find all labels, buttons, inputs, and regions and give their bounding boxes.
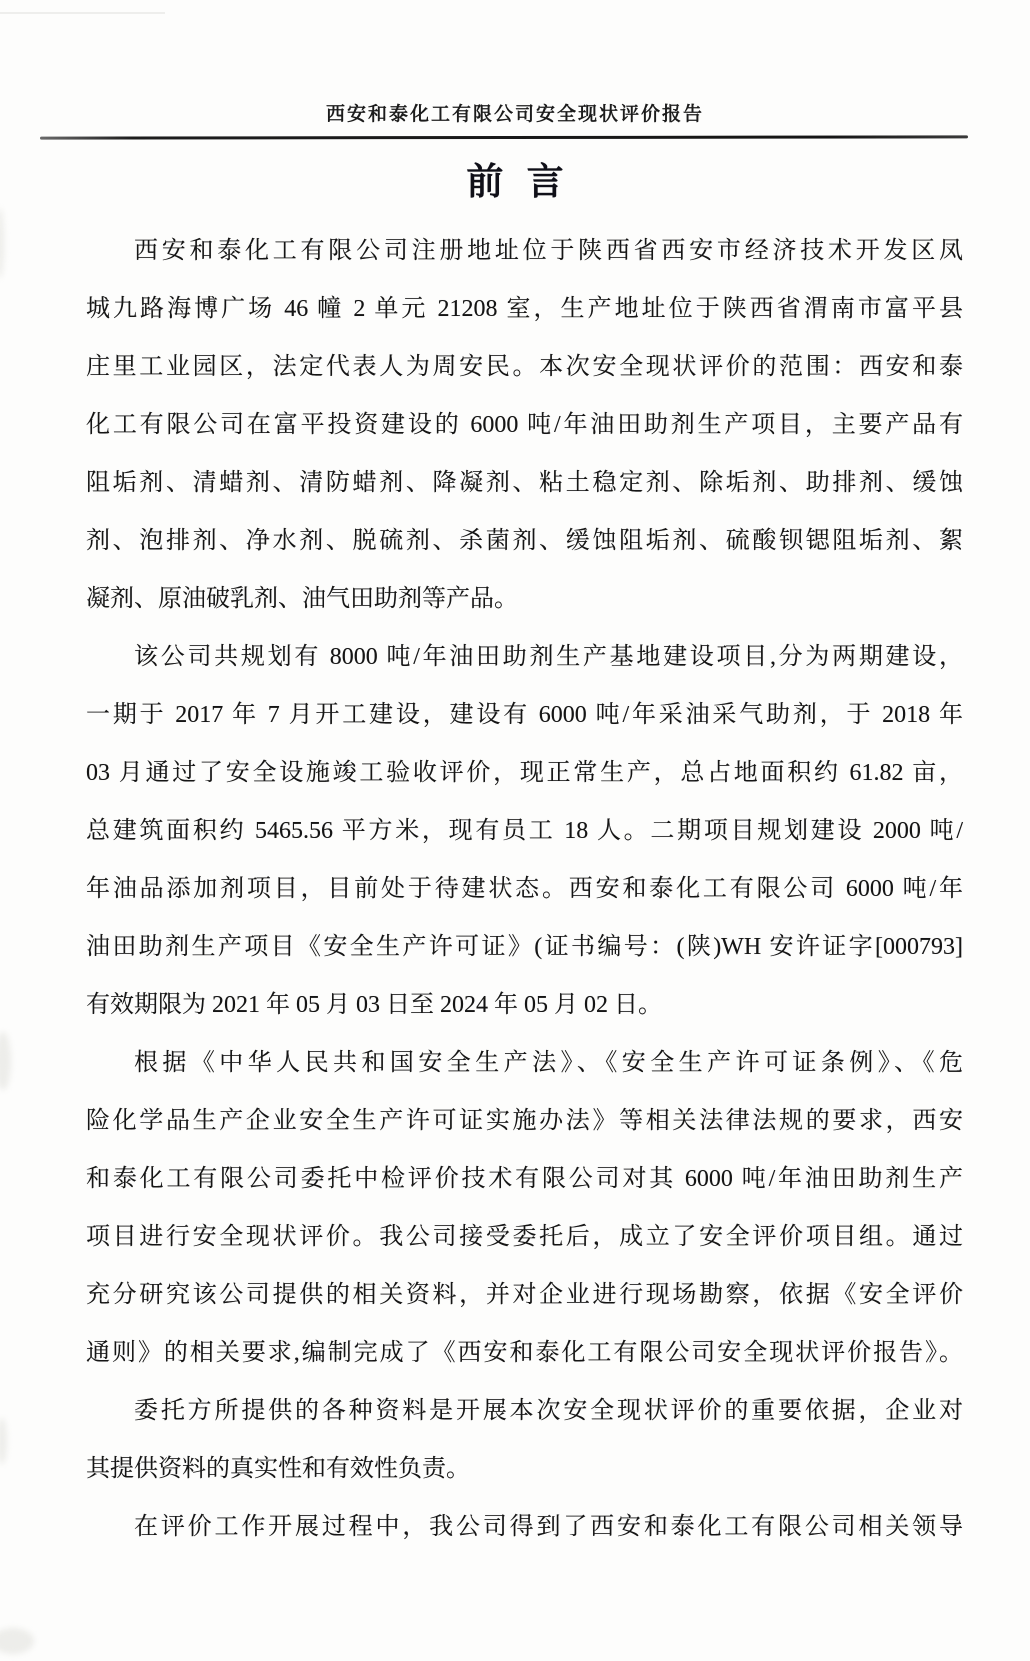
body-line: 一期于 2017 年 7 月开工建设，建设有 6000 吨/年采油采气助剂，于 … [86,686,963,744]
scan-artifact-left-smudge [0,1418,7,1464]
scan-artifact-bottom-smudge [0,1628,34,1654]
body-line: 有效期限为 2021 年 05 月 03 日至 2024 年 05 月 02 日… [86,976,963,1034]
body-line: 和泰化工有限公司委托中检评价技术有限公司对其 6000 吨/年油田助剂生产 [86,1150,963,1208]
header-divider-rule [40,135,968,139]
body-line: 在评价工作开展过程中，我公司得到了西安和泰化工有限公司相关领导 [86,1498,963,1556]
page-header-title: 西安和泰化工有限公司安全现状评价报告 [0,99,1030,126]
document-body: 西安和泰化工有限公司注册地址位于陕西省西安市经济技术开发区凤 城九路海博广场 4… [86,222,963,1556]
body-line: 总建筑面积约 5465.56 平方米，现有员工 18 人。二期项目规划建设 20… [86,802,963,860]
body-line: 03 月通过了安全设施竣工验收评价，现正常生产，总占地面积约 61.82 亩， [86,744,963,802]
scan-artifact-left-smudge [0,1032,11,1090]
document-title-preface: 前 言 [0,151,1030,205]
body-line: 西安和泰化工有限公司注册地址位于陕西省西安市经济技术开发区凤 [86,222,963,280]
body-line: 项目进行安全现状评价。我公司接受委托后，成立了安全评价项目组。通过 [86,1208,963,1266]
scan-artifact-top-hairline [0,12,165,14]
body-line: 年油品添加剂项目，目前处于待建状态。西安和泰化工有限公司 6000 吨/年 [86,860,963,918]
body-line: 充分研究该公司提供的相关资料，并对企业进行现场勘察，依据《安全评价 [86,1266,963,1324]
scan-artifact-left-smudge [0,208,4,278]
body-line: 城九路海博广场 46 幢 2 单元 21208 室，生产地址位于陕西省渭南市富平… [86,280,963,338]
body-line: 油田助剂生产项目《安全生产许可证》(证书编号：(陕)WH 安许证字[000793… [86,918,963,976]
body-line: 该公司共规划有 8000 吨/年油田助剂生产基地建设项目,分为两期建设， [86,628,963,686]
body-line: 化工有限公司在富平投资建设的 6000 吨/年油田助剂生产项目，主要产品有 [86,396,963,454]
body-line: 剂、泡排剂、净水剂、脱硫剂、杀菌剂、缓蚀阻垢剂、硫酸钡锶阻垢剂、絮 [86,512,963,570]
scanned-document-page: 西安和泰化工有限公司安全现状评价报告 前 言 西安和泰化工有限公司注册地址位于陕… [0,0,1030,1661]
body-line: 凝剂、原油破乳剂、油气田助剂等产品。 [86,570,963,628]
body-line: 庄里工业园区，法定代表人为周安民。本次安全现状评价的范围：西安和泰 [86,338,963,396]
body-line: 根据《中华人民共和国安全生产法》、《安全生产许可证条例》、《危 [86,1034,963,1092]
body-line: 其提供资料的真实性和有效性负责。 [86,1440,963,1498]
body-line: 阻垢剂、清蜡剂、清防蜡剂、降凝剂、粘土稳定剂、除垢剂、助排剂、缓蚀 [86,454,963,512]
body-line: 通则》的相关要求,编制完成了《西安和泰化工有限公司安全现状评价报告》。 [86,1324,963,1382]
body-line: 险化学品生产企业安全生产许可证实施办法》等相关法律法规的要求，西安 [86,1092,963,1150]
body-line: 委托方所提供的各种资料是开展本次安全现状评价的重要依据，企业对 [86,1382,963,1440]
